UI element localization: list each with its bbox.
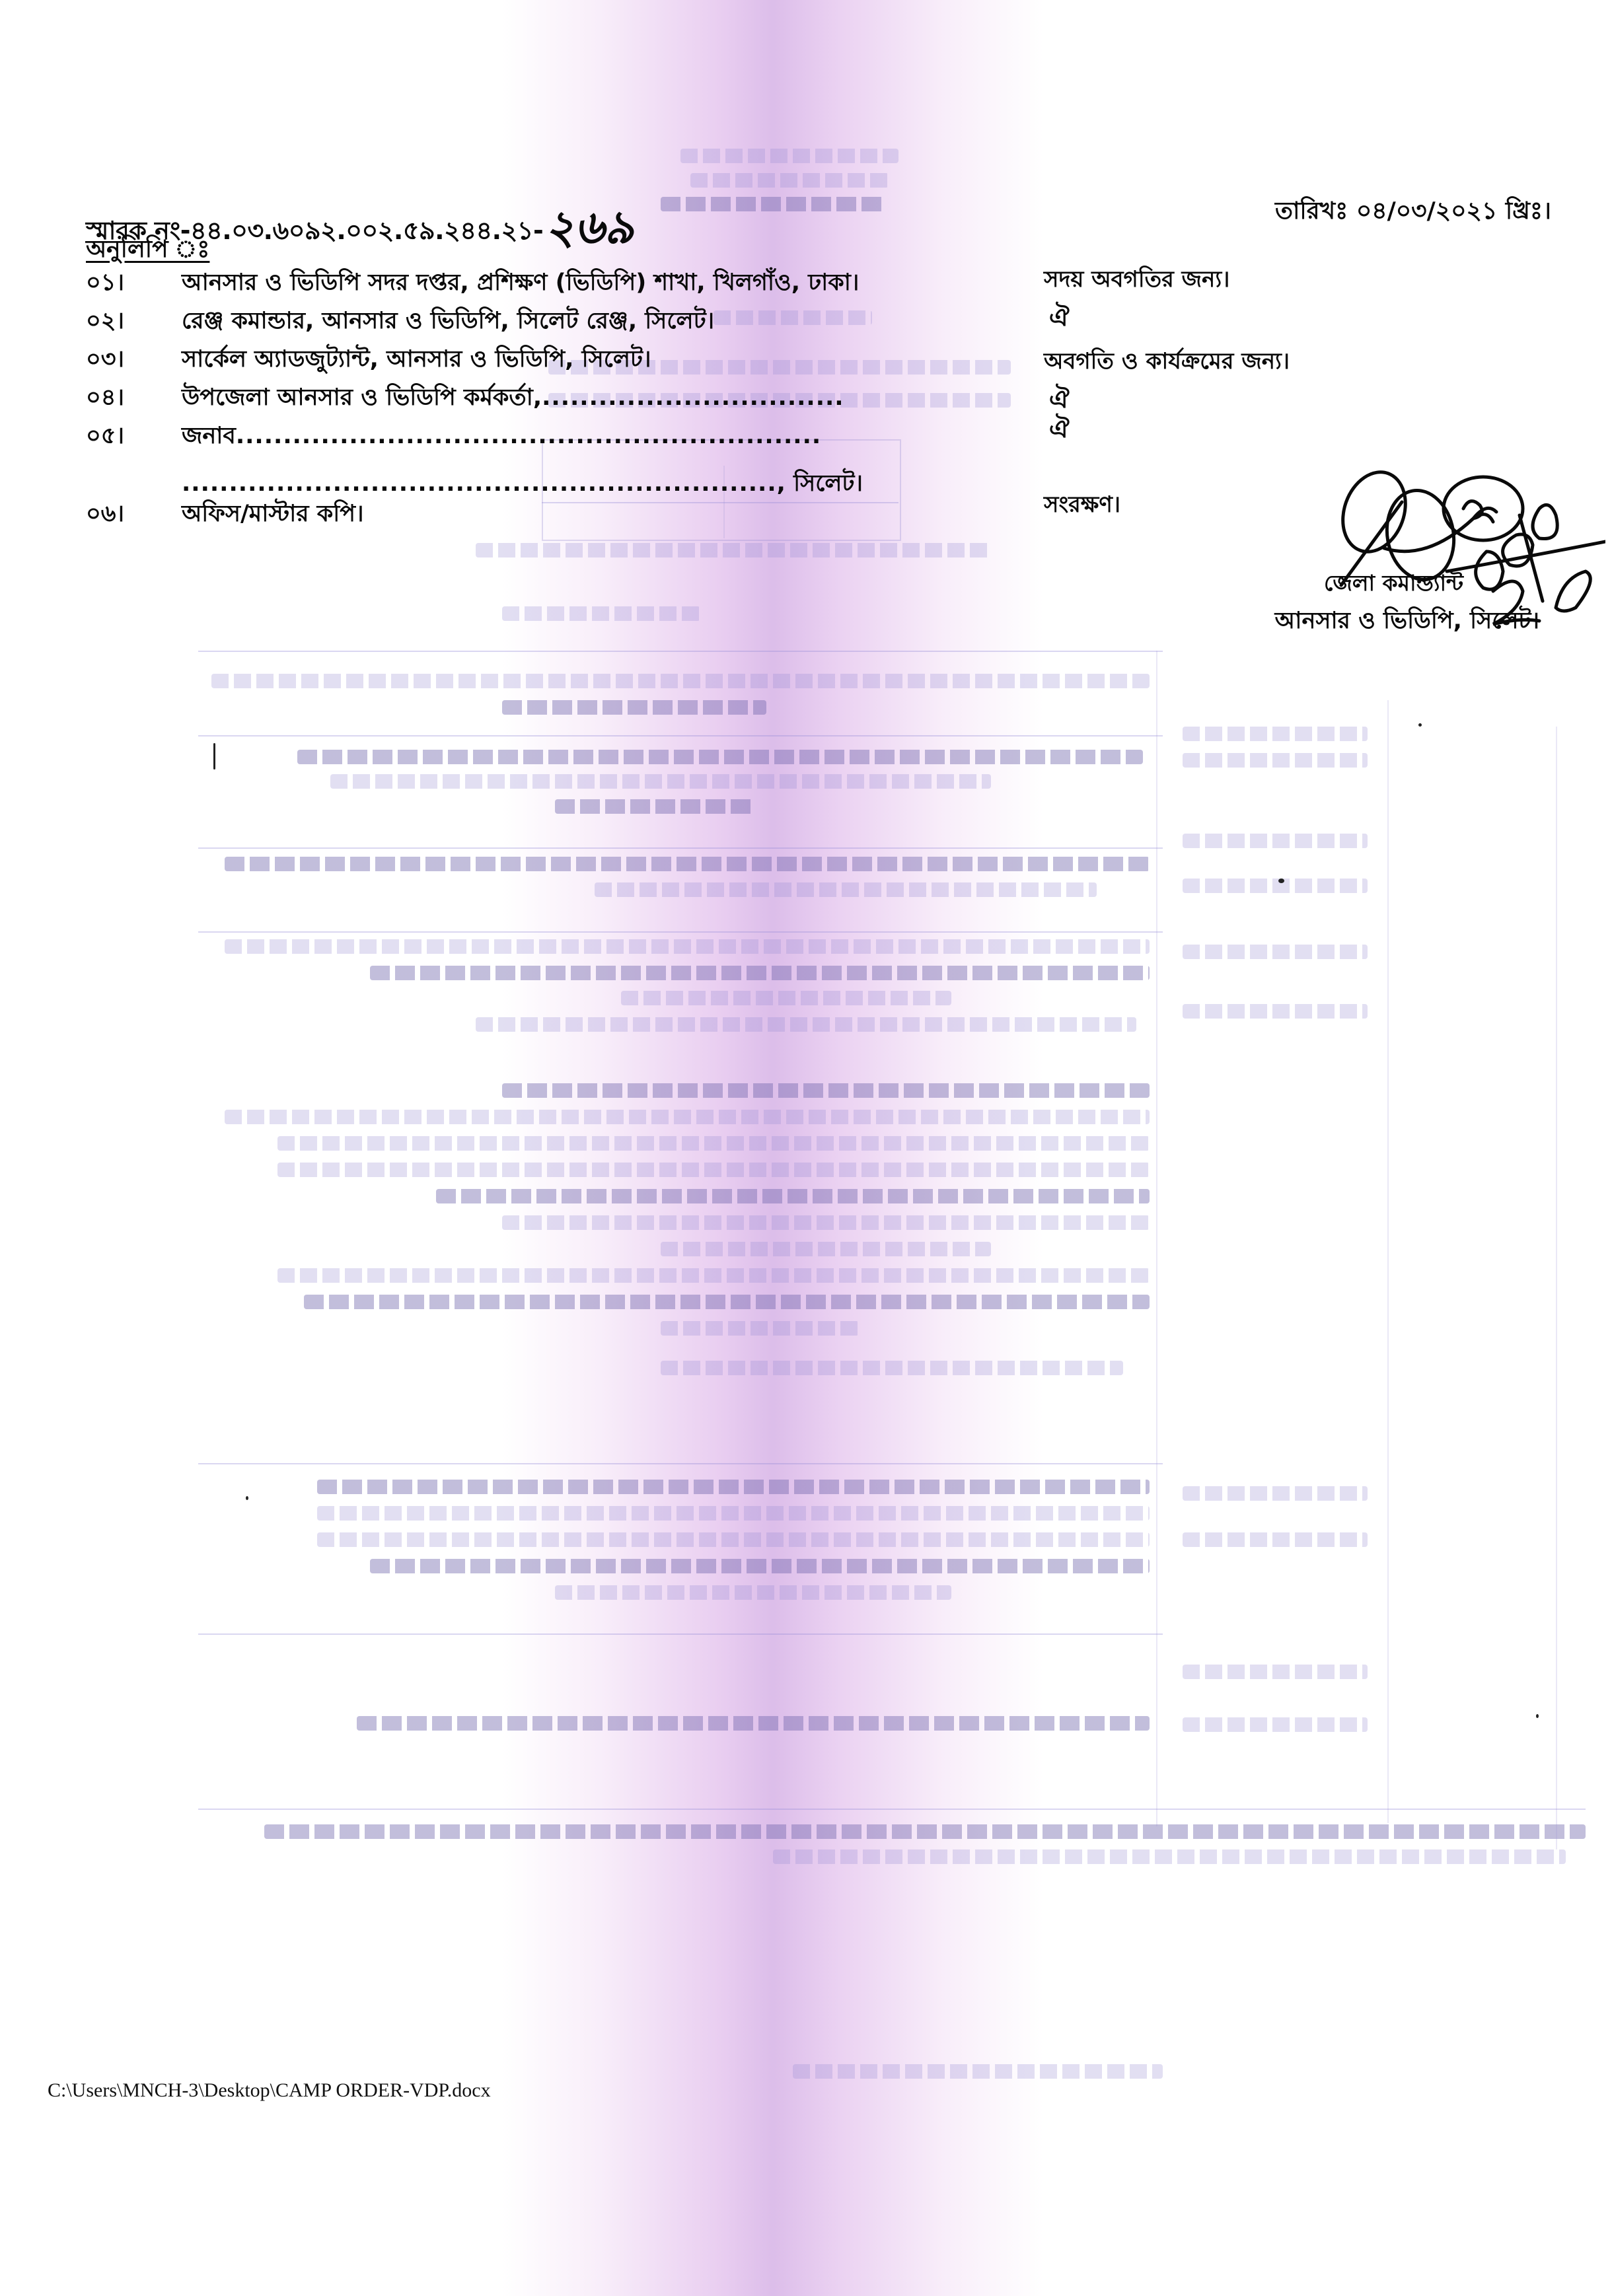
- fill-in-blank: ................................: [542, 384, 844, 411]
- recipient-number: ০৩।: [86, 341, 152, 380]
- recipient-number: ০১।: [86, 264, 152, 303]
- recipient-item: ০৩। সার্কেল অ্যাডজুট্যান্ট, আনসার ও ভিডি…: [86, 341, 1011, 379]
- recipient-text: অফিস/মাস্টার কপি।: [182, 495, 364, 534]
- recipient-text-with-blank: জনাব....................................…: [182, 417, 821, 456]
- signatory-title: জেলা কমান্ড্যান্ট: [1324, 566, 1463, 603]
- signatory-organization: আনসার ও ভিডিপি, সিলেট।: [1275, 602, 1539, 641]
- purpose-column: সদয় অবগতির জন্য। ঐ অবগতি ও কার্যক্রমের …: [1044, 261, 1290, 448]
- ink-speck: [246, 1496, 248, 1500]
- recipient-item: ০১। আনসার ও ভিডিপি সদর দপ্তর, প্রশিক্ষণ …: [86, 264, 1011, 303]
- purpose-item: অবগতি ও কার্যক্রমের জন্য।: [1044, 343, 1290, 380]
- recipient-text: উপজেলা আনসার ও ভিডিপি কর্মকর্তা,: [182, 384, 542, 411]
- recipient-text-with-blank: উপজেলা আনসার ও ভিডিপি কর্মকর্তা,........…: [182, 379, 844, 418]
- preserve-note: সংরক্ষণ।: [1044, 487, 1120, 525]
- recipient-text: সার্কেল অ্যাডজুট্যান্ট, আনসার ও ভিডিপি, …: [182, 341, 651, 380]
- ink-speck: [213, 743, 215, 770]
- recipient-item: ০৪। উপজেলা আনসার ও ভিডিপি কর্মকর্তা,....…: [86, 379, 1011, 417]
- purpose-ditto: ঐ: [1044, 410, 1290, 448]
- recipient-number: ০৪।: [86, 379, 152, 418]
- recipient-item: ০২। রেঞ্জ কমান্ডার, আনসার ও ভিডিপি, সিলে…: [86, 303, 1011, 341]
- recipient-suffix: , সিলেট।: [777, 470, 863, 497]
- ink-speck: [1418, 723, 1422, 727]
- recipient-item: ০৬। অফিস/মাস্টার কপি।: [86, 495, 1011, 534]
- memo-handwritten-number: ২৬৯: [544, 199, 634, 254]
- recipient-text: রেঞ্জ কমান্ডার, আনসার ও ভিডিপি, সিলেট রে…: [182, 303, 714, 341]
- purpose-ditto: ঐ: [1044, 299, 1290, 336]
- footer-file-path: C:\Users\MNCH-3\Desktop\CAMP ORDER-VDP.d…: [48, 2079, 491, 2102]
- recipient-number: ০৬।: [86, 495, 152, 534]
- document-date: তারিখঃ ০৪/০৩/২০২১ খ্রিঃ।: [1275, 193, 1551, 233]
- ink-speck: [1278, 879, 1284, 883]
- fill-in-blank: ........................................…: [182, 470, 777, 497]
- recipient-item: ০৫। জনাব................................…: [86, 417, 1011, 456]
- recipient-text: জনাব: [182, 423, 236, 449]
- recipient-list: ০১। আনসার ও ভিডিপি সদর দপ্তর, প্রশিক্ষণ …: [86, 264, 1011, 534]
- purpose-item: সদয় অবগতির জন্য।: [1044, 261, 1290, 299]
- fill-in-blank: ........................................…: [236, 423, 821, 449]
- recipient-number: ০২।: [86, 303, 152, 341]
- ink-speck: [1536, 1714, 1539, 1718]
- recipient-text: আনসার ও ভিডিপি সদর দপ্তর, প্রশিক্ষণ (ভিড…: [182, 264, 859, 303]
- memo-document: স্মারক নং-৪৪.০৩.৬০৯২.০০২.৫৯.২৪৪.২১-২৬৯ ত…: [0, 0, 1612, 2296]
- recipient-number: ০৫।: [86, 417, 152, 456]
